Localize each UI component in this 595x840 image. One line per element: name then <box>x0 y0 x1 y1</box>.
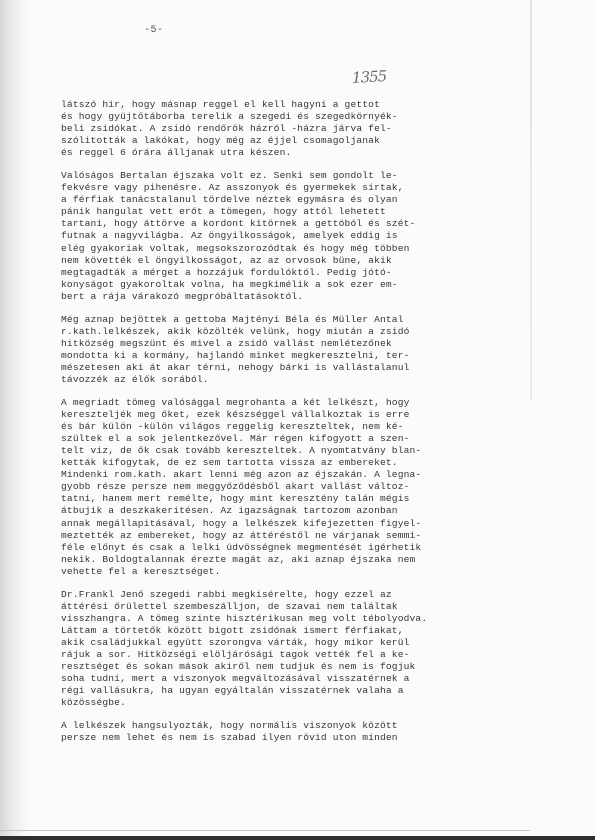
text-line: és reggel 6 órára álljanak utra készen. <box>61 147 531 159</box>
text-line: telt viz, de ők csak tovább kereszteltek… <box>61 445 531 457</box>
text-line: megtagadták a mérget a hozzájuk fordulók… <box>61 267 531 279</box>
text-line: A lelkészek hangsulyozták, hogy normális… <box>61 720 531 732</box>
text-line: távozzék az élők sorából. <box>61 374 531 386</box>
text-line: r.kath.lelkészek, akik közölték velünk, … <box>61 326 531 338</box>
text-line: soha tudni, mert a viszonyok megváltozás… <box>61 673 531 685</box>
text-line: Valóságos Bertalan éjszaka volt ez. Senk… <box>61 170 531 182</box>
text-line: áttérési őrülettel szembeszálljon, de sz… <box>61 601 531 613</box>
page-number: -5- <box>144 25 164 36</box>
text-line: vehette fel a keresztséget. <box>61 566 531 578</box>
text-line: látszó hir, hogy másnap reggel el kell h… <box>61 99 531 111</box>
text-line: resztséget és sokan mások akiről nem tud… <box>61 661 531 673</box>
text-line: elég gyakoriak voltak, megsokszorozódtak… <box>61 243 531 255</box>
paragraph: A lelkészek hangsulyozták, hogy normális… <box>61 720 531 744</box>
text-line: pánik hangulat vett erőt a tömegen, hogy… <box>61 206 531 218</box>
paragraph: A megriadt tömeg valósággal megrohanta a… <box>61 397 531 578</box>
text-line: Még aznap bejöttek a gettoba Majtényi Bé… <box>61 314 531 326</box>
text-line: annak megállapitásával, hogy a lelkészek… <box>61 518 531 530</box>
text-line: közösségbe. <box>61 697 531 709</box>
text-line: nekik. Boldogtalannak érezte magát az, a… <box>61 554 531 566</box>
scan-shadow <box>0 0 28 840</box>
text-line: szültek el a sok jelentkezővel. Már rége… <box>61 433 531 445</box>
text-line: mészetesen aki át akar térni, nehogy bár… <box>61 362 531 374</box>
text-line: gyobb része persze nem meggyőződésből ak… <box>61 481 531 493</box>
text-line: Dr.Frankl Jenő szegedi rabbi megkisérelt… <box>61 589 531 601</box>
text-line: és hogy gyüjtőtáborba terelik a szegedi … <box>61 111 531 123</box>
text-line: rájuk a sor. Hitközségi elöljárósági tag… <box>61 649 531 661</box>
page-bottom-edge <box>0 836 595 840</box>
text-line: akik családjukkal együtt szorongva vártá… <box>61 637 531 649</box>
handwritten-archive-number: 1355 <box>352 67 387 87</box>
text-line: nem követték el öngyilkosságot, az az or… <box>61 255 531 267</box>
text-line: persze nem lehet és nem is szabad ilyen … <box>61 732 531 744</box>
document-body: látszó hir, hogy másnap reggel el kell h… <box>61 99 531 755</box>
text-line: A megriadt tömeg valósággal megrohanta a… <box>61 397 531 409</box>
text-line: féle előnyt és csak a lelki üdvösségnek … <box>61 542 531 554</box>
text-line: szólitották a lakókat, hogy még az éjjel… <box>61 135 531 147</box>
paragraph: Még aznap bejöttek a gettoba Majtényi Bé… <box>61 314 531 386</box>
text-line: kereszteljék meg őket, ezek készséggel v… <box>61 409 531 421</box>
text-line: visszhangra. A tömeg szinte hisztérikusa… <box>61 613 531 625</box>
bottom-rule <box>0 830 530 831</box>
paragraph: Valóságos Bertalan éjszaka volt ez. Senk… <box>61 170 531 303</box>
text-line: Láttam a törtetők között bigott zsidónak… <box>61 625 531 637</box>
text-line: régi vallásukra, ha ugyan egyáltalán vis… <box>61 685 531 697</box>
text-line: átbujik a deszkakeritésen. Az igazságnak… <box>61 505 531 517</box>
text-line: meztették az embereket, hogy az áttérést… <box>61 530 531 542</box>
text-line: beli zsidókat. A zsidó rendőrök házról -… <box>61 123 531 135</box>
text-line: tatni, hanem mert remélte, hogy mint ker… <box>61 493 531 505</box>
text-line: Mindenki rom.kath. akart lenni még azon … <box>61 469 531 481</box>
text-line: és bár külön -külön világos reggelig ker… <box>61 421 531 433</box>
text-line: konyságot gyakoroltak volna, ha megkimél… <box>61 279 531 291</box>
text-line: fekvésre vagy pihenésre. Az asszonyok és… <box>61 182 531 194</box>
text-line: ketták kifogytak, de ez sem tartotta vis… <box>61 457 531 469</box>
text-line: bert a rája várakozó megpróbáltatásoktól… <box>61 291 531 303</box>
text-line: a férfiak tanácstalanul tördelve néztek … <box>61 194 531 206</box>
text-line: tartani, hogy áttörve a kordont kitörnek… <box>61 218 531 230</box>
paragraph: Dr.Frankl Jenő szegedi rabbi megkisérelt… <box>61 589 531 709</box>
paragraph: látszó hir, hogy másnap reggel el kell h… <box>61 99 531 159</box>
text-line: mondotta ki a kormány, hajlandó minket m… <box>61 350 531 362</box>
text-line: hitközség megszünt és mivel a zsidó vall… <box>61 338 531 350</box>
text-line: futnak a nagyvilágba. Az öngyilkosságok,… <box>61 230 531 242</box>
